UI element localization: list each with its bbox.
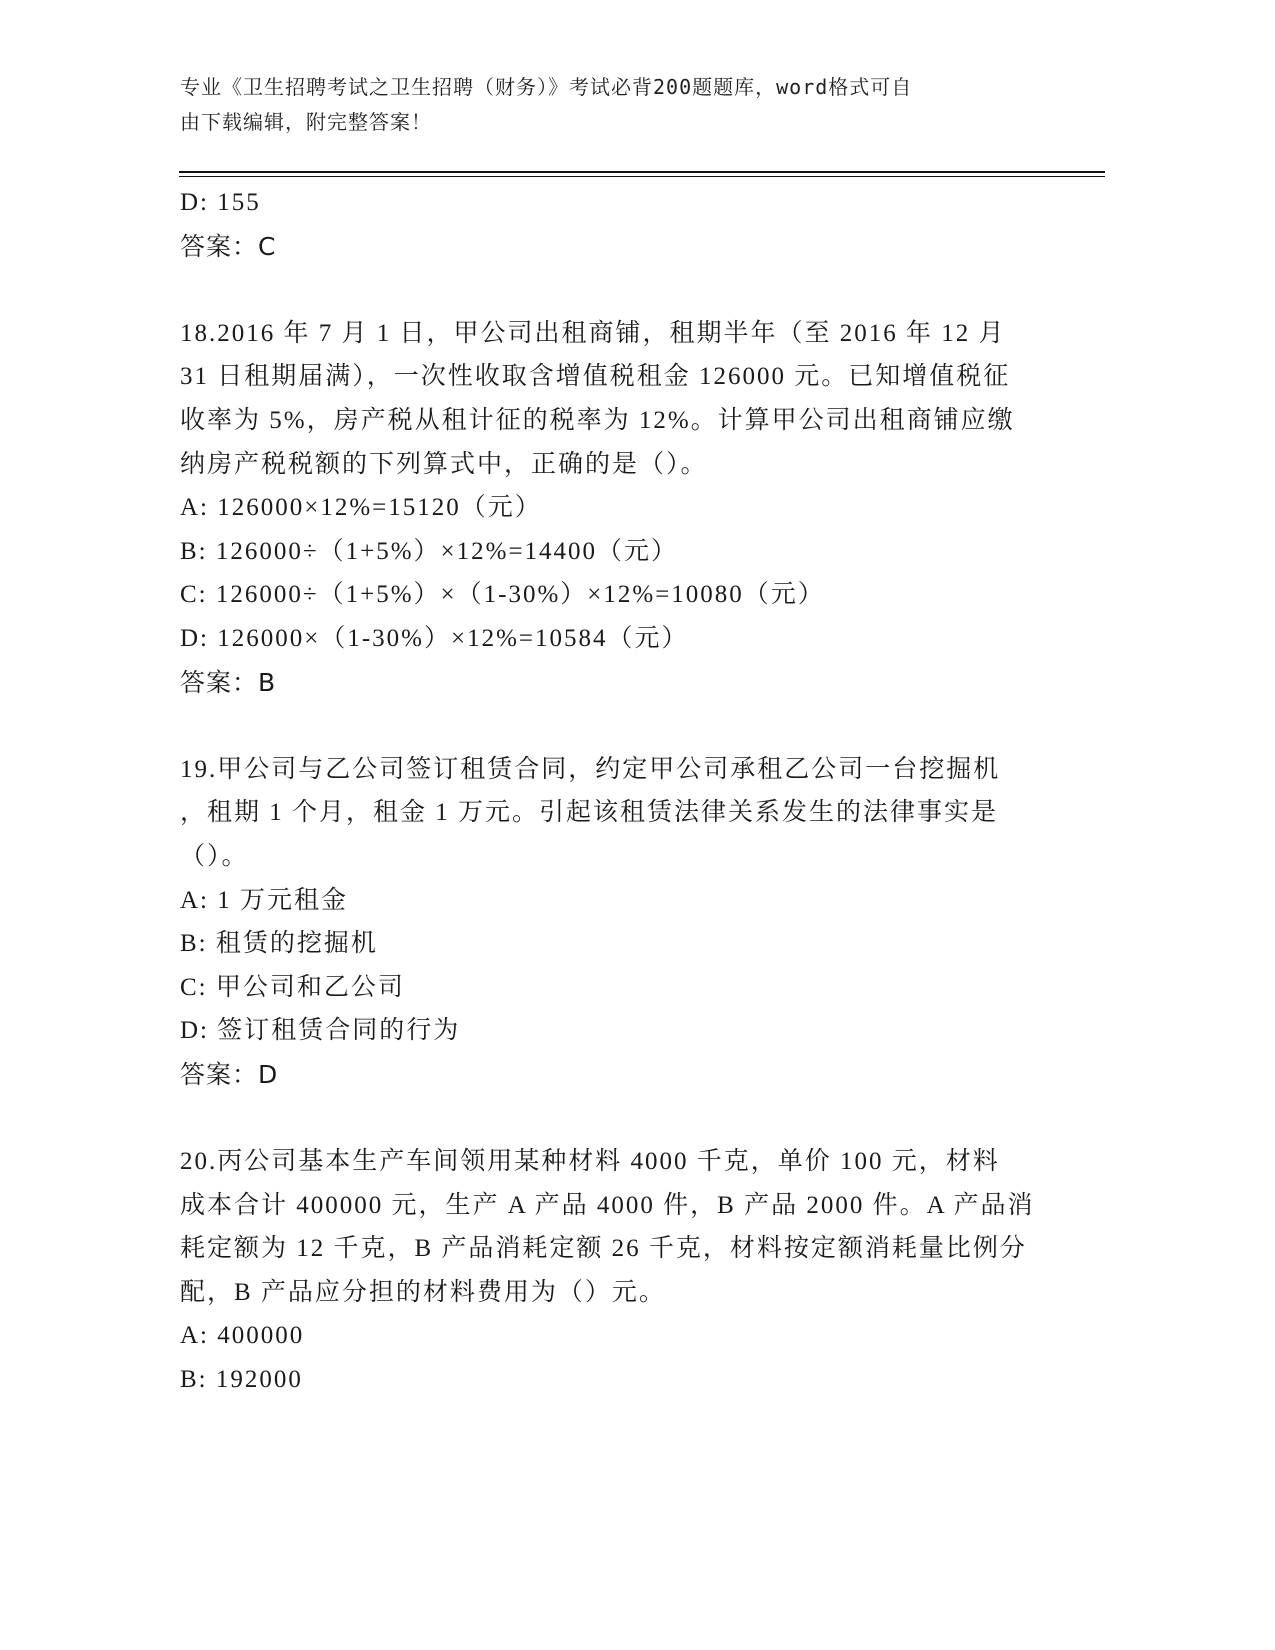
header-double-rule [179, 171, 1105, 177]
question-stem-line: 20.丙公司基本生产车间领用某种材料 4000 千克，单价 100 元，材料 [180, 1140, 1050, 1184]
option-b: B: 192000 [180, 1358, 1050, 1402]
document-header: 专业《卫生招聘考试之卫生招聘（财务）》考试必背200题题库，word格式可自 由… [180, 70, 1040, 140]
prev-answer: 答案：C [180, 225, 1050, 269]
option-a: A: 400000 [180, 1314, 1050, 1358]
spacer [180, 268, 1050, 312]
question-stem-line: 成本合计 400000 元，生产 A 产品 4000 件，B 产品 2000 件… [180, 1184, 1050, 1228]
spacer [180, 704, 1050, 748]
question-18: 18.2016 年 7 月 1 日，甲公司出租商铺，租期半年（至 2016 年 … [180, 312, 1050, 704]
question-19: 19.甲公司与乙公司签订租赁合同，约定甲公司承租乙公司一台挖掘机 ，租期 1 个… [180, 748, 1050, 1097]
question-stem-line: 收率为 5%，房产税从租计征的税率为 12%。计算甲公司出租商铺应缴 [180, 399, 1050, 443]
document-body: D: 155 答案：C 18.2016 年 7 月 1 日，甲公司出租商铺，租期… [180, 181, 1050, 1402]
option-b: B: 126000÷（1+5%）×12%=14400（元） [180, 530, 1050, 574]
header-line-2: 由下载编辑，附完整答案！ [180, 105, 1040, 140]
answer: 答案：D [180, 1053, 1050, 1097]
option-d: D: 126000×（1-30%）×12%=10584（元） [180, 617, 1050, 661]
option-a: A: 1 万元租金 [180, 879, 1050, 923]
question-stem-line: 18.2016 年 7 月 1 日，甲公司出租商铺，租期半年（至 2016 年 … [180, 312, 1050, 356]
header-line-1: 专业《卫生招聘考试之卫生招聘（财务）》考试必背200题题库，word格式可自 [180, 70, 1040, 105]
question-20: 20.丙公司基本生产车间领用某种材料 4000 千克，单价 100 元，材料 成… [180, 1140, 1050, 1402]
spacer [180, 1096, 1050, 1140]
question-stem-line: 19.甲公司与乙公司签订租赁合同，约定甲公司承租乙公司一台挖掘机 [180, 748, 1050, 792]
question-stem-line: 耗定额为 12 千克，B 产品消耗定额 26 千克，材料按定额消耗量比例分 [180, 1227, 1050, 1271]
question-stem-line: ，租期 1 个月，租金 1 万元。引起该租赁法律关系发生的法律事实是 [180, 791, 1050, 835]
answer: 答案：B [180, 661, 1050, 705]
question-stem-line: 纳房产税税额的下列算式中，正确的是（）。 [180, 443, 1050, 487]
question-stem-line: 配，B 产品应分担的材料费用为（）元。 [180, 1271, 1050, 1315]
option-b: B: 租赁的挖掘机 [180, 922, 1050, 966]
option-a: A: 126000×12%=15120（元） [180, 486, 1050, 530]
option-c: C: 甲公司和乙公司 [180, 966, 1050, 1010]
question-stem-line: （）。 [180, 835, 1050, 879]
prev-option-d: D: 155 [180, 181, 1050, 225]
option-c: C: 126000÷（1+5%）×（1-30%）×12%=10080（元） [180, 573, 1050, 617]
question-stem-line: 31 日租期届满），一次性收取含增值税租金 126000 元。已知增值税征 [180, 355, 1050, 399]
option-d: D: 签订租赁合同的行为 [180, 1009, 1050, 1053]
